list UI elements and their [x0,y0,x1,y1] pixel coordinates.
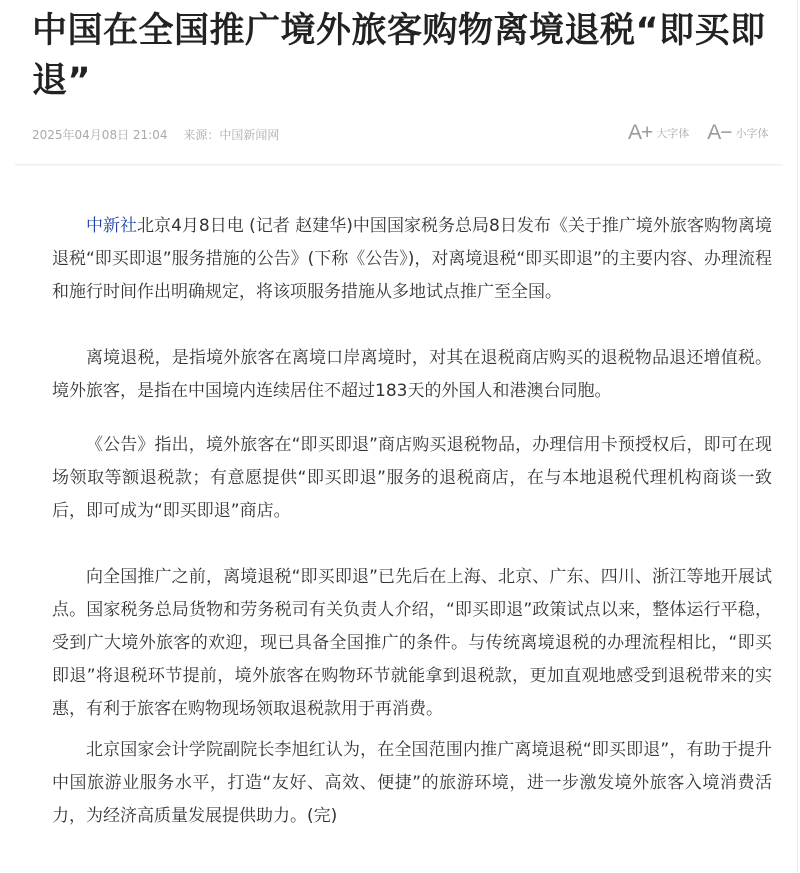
paragraph: 《公告》指出，境外旅客在“即买即退”商店购买退税物品，办理信用卡预授权后，即可在… [52,429,772,528]
paragraph: 向全国推广之前，离境退税“即买即退”已先后在上海、北京、广东、四川、浙江等地开展… [52,561,772,726]
font-size-controls: A+ 大字体 A− 小字体 [628,120,787,146]
font-size-increase-icon: A+ [628,120,652,146]
paragraph: 北京国家会计学院副院长李旭红认为，在全国范围内推广离境退税“即买即退”，有助于提… [52,734,772,833]
decrease-font-label: 小字体 [736,125,769,141]
paragraph: 中新社北京4月8日电 (记者 赵建华)中国国家税务总局8日发布《关于推广境外旅客… [52,210,772,309]
paragraph: 离境退税，是指境外旅客在离境口岸离境时，对其在退税商店购买的退税物品退还增值税。… [52,342,772,408]
article-meta: 2025年04月08日 21:04 来源：中国新闻网 [32,126,279,144]
page-edge-scrollbar-track [797,0,798,873]
font-size-decrease-icon: A− [707,120,731,146]
publish-datetime: 2025年04月08日 21:04 [32,128,167,142]
increase-font-button[interactable]: A+ 大字体 [628,120,689,146]
increase-font-label: 大字体 [656,125,689,141]
header-divider [15,164,783,165]
paragraph-text: 北京4月8日电 (记者 赵建华)中国国家税务总局8日发布《关于推广境外旅客购物离… [52,216,772,302]
article-source: 来源：中国新闻网 [183,128,279,142]
article-title: 中国在全国推广境外旅客购物离境退税“即买即退” [32,6,772,106]
agency-link[interactable]: 中新社 [86,216,137,236]
decrease-font-button[interactable]: A− 小字体 [707,120,768,146]
